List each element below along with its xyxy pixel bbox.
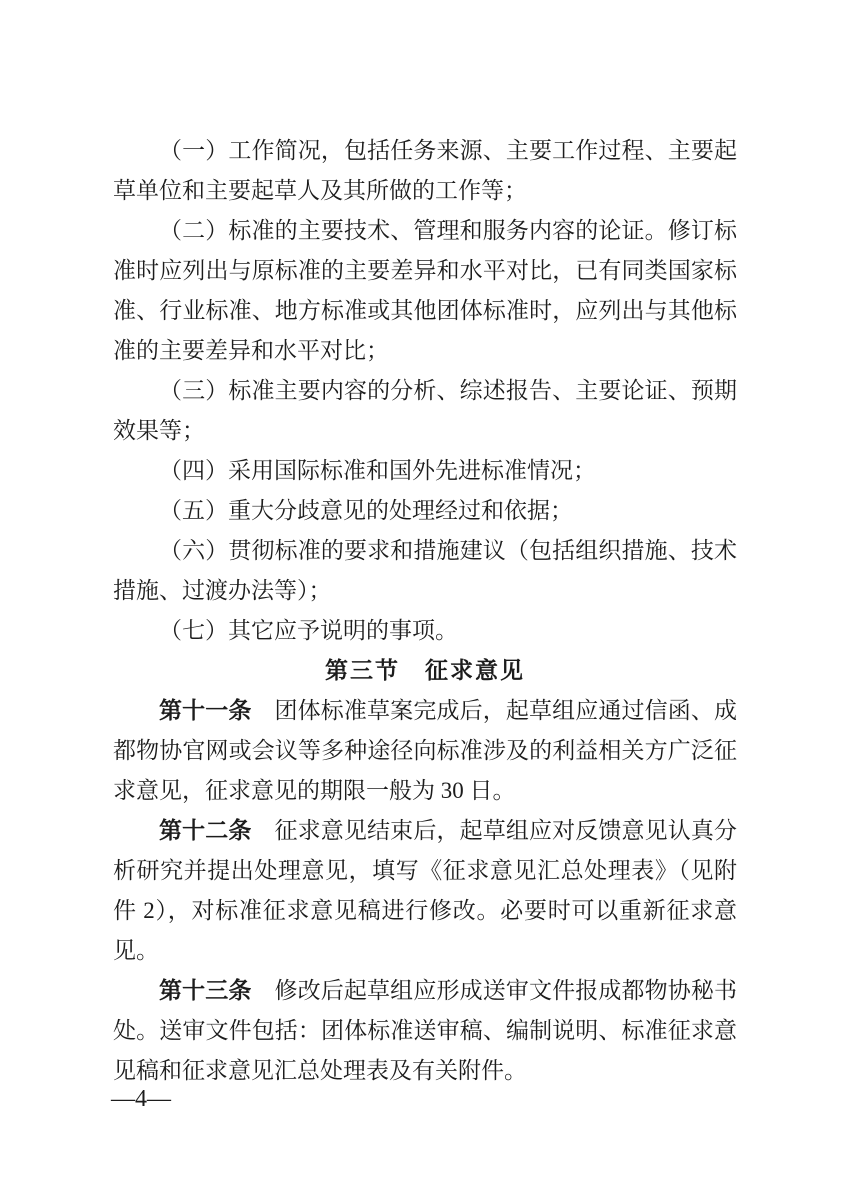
clause-paragraph-4: （四）采用国际标准和国外先进标准情况； bbox=[113, 451, 737, 491]
clause-paragraph-5: （五）重大分歧意见的处理经过和依据； bbox=[113, 491, 737, 531]
document-page: （一）工作简况，包括任务来源、主要工作过程、主要起草单位和主要起草人及其所做的工… bbox=[0, 0, 850, 1203]
section-heading: 第三节 征求意见 bbox=[113, 651, 737, 691]
clause-paragraph-6: （六）贯彻标准的要求和措施建议（包括组织措施、技术措施、过渡办法等）； bbox=[113, 531, 737, 611]
clause-paragraph-1: （一）工作简况，包括任务来源、主要工作过程、主要起草单位和主要起草人及其所做的工… bbox=[113, 131, 737, 211]
clause-paragraph-2: （二）标准的主要技术、管理和服务内容的论证。修订标准时应列出与原标准的主要差异和… bbox=[113, 211, 737, 371]
page-number: —4— bbox=[111, 1085, 171, 1113]
article-number-11: 第十一条 bbox=[159, 698, 252, 723]
document-body: （一）工作简况，包括任务来源、主要工作过程、主要起草单位和主要起草人及其所做的工… bbox=[113, 131, 737, 1091]
article-paragraph-11: 第十一条团体标准草案完成后，起草组应通过信函、成都物协官网或会议等多种途径向标准… bbox=[113, 691, 737, 811]
clause-paragraph-3: （三）标准主要内容的分析、综述报告、主要论证、预期效果等； bbox=[113, 371, 737, 451]
clause-paragraph-7: （七）其它应予说明的事项。 bbox=[113, 611, 737, 651]
article-number-12: 第十二条 bbox=[159, 818, 252, 843]
article-number-13: 第十三条 bbox=[159, 978, 252, 1003]
article-paragraph-12: 第十二条征求意见结束后，起草组应对反馈意见认真分析研究并提出处理意见，填写《征求… bbox=[113, 811, 737, 971]
article-paragraph-13: 第十三条修改后起草组应形成送审文件报成都物协秘书处。送审文件包括：团体标准送审稿… bbox=[113, 971, 737, 1091]
